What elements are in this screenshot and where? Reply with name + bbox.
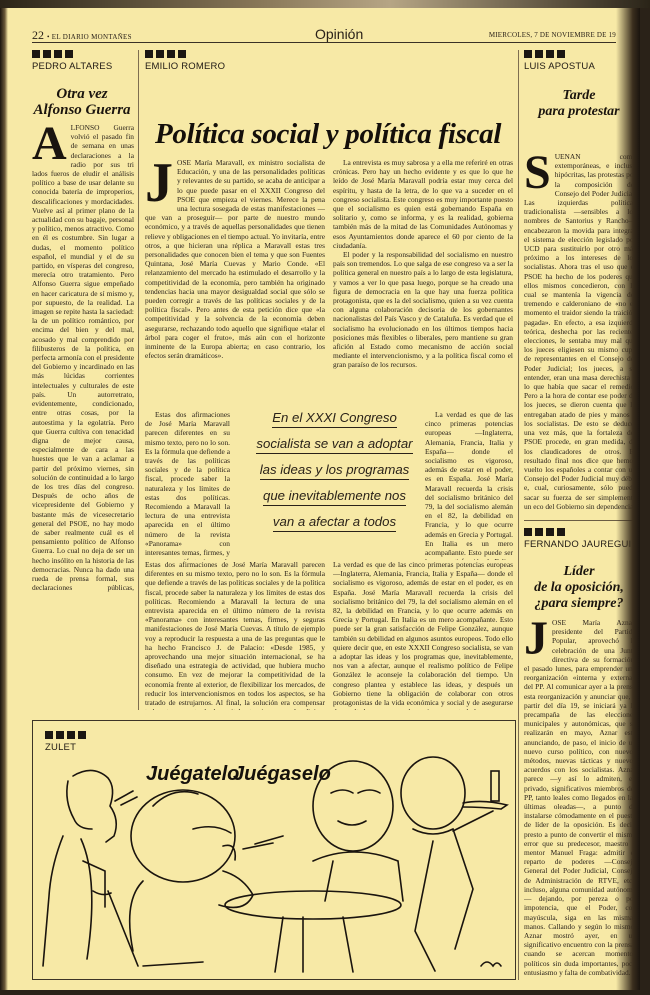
- main-headline: Política social y política fiscal: [155, 118, 501, 151]
- author-byline: FERNANDO JAUREGUI: [524, 539, 634, 550]
- column-rule: [518, 50, 519, 980]
- left-article-title: Otra vez Alfonso Guerra: [32, 86, 132, 118]
- issue-date: MIERCOLES, 7 DE NOVIEMBRE DE 19: [489, 31, 616, 39]
- section-title: Opinión: [315, 26, 363, 42]
- right-bottom-title: Líder de la oposición, ¿para siempre?: [524, 564, 634, 612]
- section-divider: [524, 520, 634, 521]
- right-bottom-body: J OSE María Aznar, presidente del Partid…: [524, 618, 636, 980]
- pull-quote: En el XXXI Congreso socialista se van a …: [232, 410, 437, 540]
- cartoon: ZULET Juégatelo Juégaselo: [32, 720, 516, 980]
- squares-icon: [32, 50, 132, 58]
- squares-icon: [145, 50, 265, 58]
- squares-icon: [524, 50, 634, 58]
- page-number: 22 • EL DIARIO MONTAÑES: [32, 28, 132, 43]
- right-bottom-byline-block: FERNANDO JAUREGUI: [524, 528, 634, 550]
- dropcap: S: [524, 154, 551, 192]
- folio-header: 22 • EL DIARIO MONTAÑES Opinión MIERCOLE…: [32, 28, 616, 43]
- cartoon-drawing-icon: [33, 721, 515, 979]
- main-byline-block: EMILIO ROMERO: [145, 50, 265, 72]
- dropcap: J: [524, 620, 548, 658]
- main-article-col1-bottom: Estas dos afirmaciones de José María Mar…: [145, 560, 325, 710]
- main-article-col2-narrow: La verdad es que de las cinco primeras p…: [425, 410, 513, 560]
- author-byline: LUIS APOSTUA: [524, 61, 634, 72]
- right-top-title: Tarde para protestar: [524, 88, 634, 120]
- column-rule: [138, 50, 139, 710]
- dropcap: A: [32, 125, 67, 163]
- main-article-col1-narrow: Estas dos afirmaciones de José María Mar…: [145, 410, 230, 560]
- scan-top-edge: [0, 0, 650, 8]
- right-top-body: S UENAN como extemporáneas, e incluso hi…: [524, 152, 636, 518]
- right-top-byline-block: LUIS APOSTUA: [524, 50, 634, 72]
- author-byline: EMILIO ROMERO: [145, 61, 265, 72]
- newspaper-page: 22 • EL DIARIO MONTAÑES Opinión MIERCOLE…: [0, 8, 640, 990]
- main-article-col2-bottom: La verdad es que de las cinco primeras p…: [333, 560, 513, 710]
- dropcap: J: [145, 160, 173, 206]
- author-byline: PEDRO ALTARES: [32, 61, 132, 72]
- squares-icon: [524, 528, 634, 536]
- main-article-col2-top: La entrevista es muy sabrosa y a ella me…: [333, 158, 513, 408]
- left-byline-block: PEDRO ALTARES: [32, 50, 132, 72]
- main-article-col1-top: J OSE María Maravall, ex ministro social…: [145, 158, 325, 408]
- left-article-body: A LFONSO Guerra volvió el pasado fin de …: [32, 123, 134, 593]
